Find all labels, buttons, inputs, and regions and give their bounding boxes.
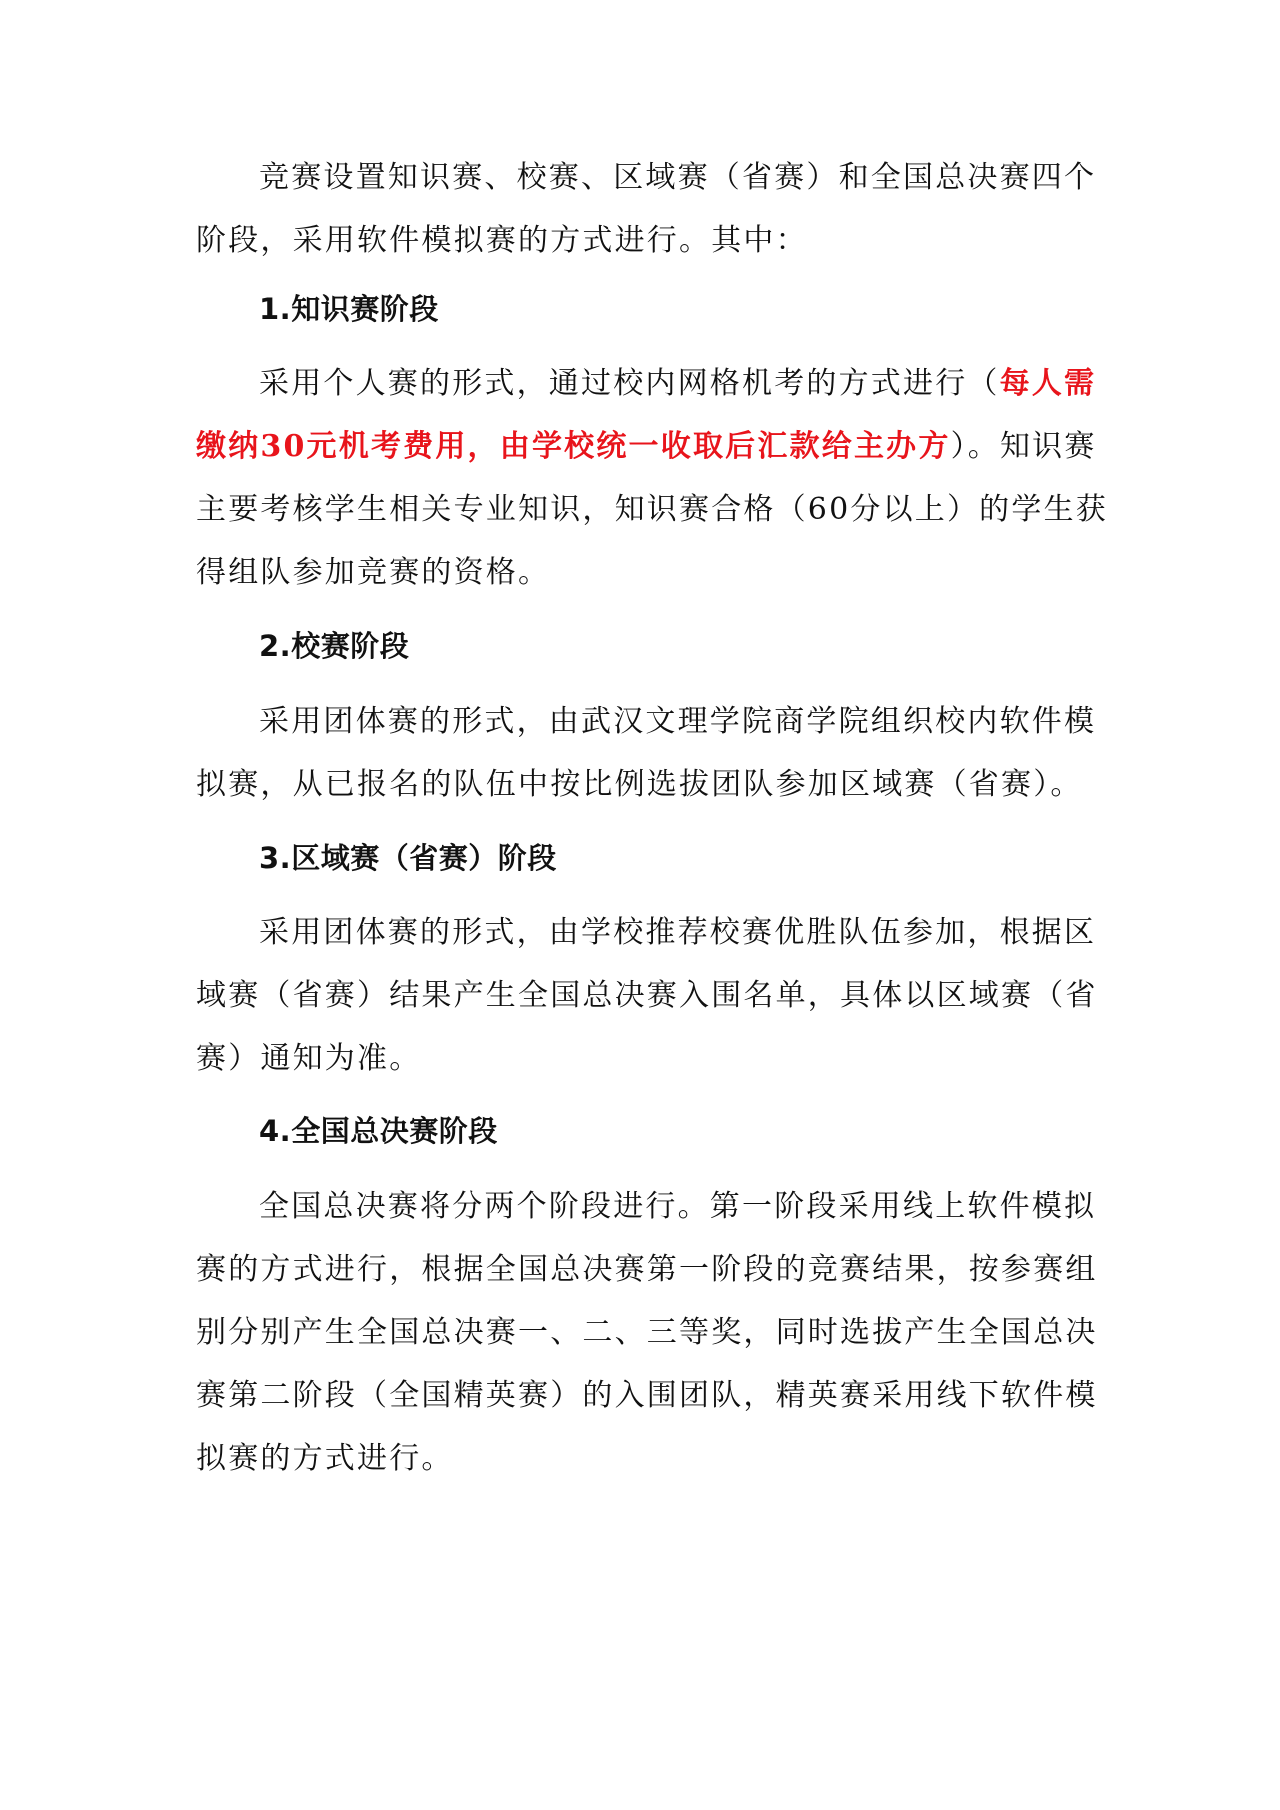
section-1-line-2-text: ）。知识赛 <box>951 429 1097 464</box>
fee-highlight: 缴纳30元机考费用，由学校统一收取后汇款给主办方 <box>196 429 951 464</box>
fee-highlight-start: 每人需 <box>1000 366 1097 401</box>
section-1-heading: 1.知识赛阶段 <box>259 289 1079 329</box>
section-3-line-2: 域赛（省赛）结果产生全国总决赛入围名单，具体以区域赛（省 <box>196 976 1076 1016</box>
section-4-heading: 4.全国总决赛阶段 <box>259 1111 1079 1151</box>
document-page: 竞赛设置知识赛、校赛、区域赛（省赛）和全国总决赛四个 阶段，采用软件模拟赛的方式… <box>0 0 1280 1810</box>
section-2-line-2: 拟赛，从已报名的队伍中按比例选拔团队参加区域赛（省赛）。 <box>196 765 1076 805</box>
section-4-line-5: 拟赛的方式进行。 <box>196 1439 1076 1479</box>
section-4-line-3: 别分别产生全国总决赛一、二、三等奖，同时选拔产生全国总决 <box>196 1313 1076 1353</box>
section-3-line-1: 采用团体赛的形式，由学校推荐校赛优胜队伍参加，根据区 <box>259 913 1079 953</box>
section-2-line-1: 采用团体赛的形式，由武汉文理学院商学院组织校内软件模 <box>259 702 1079 742</box>
section-2-heading: 2.校赛阶段 <box>259 626 1079 666</box>
section-3-heading: 3.区域赛（省赛）阶段 <box>259 838 1079 878</box>
section-1-line-4: 得组队参加竞赛的资格。 <box>196 553 1076 593</box>
section-1-line-3: 主要考核学生相关专业知识，知识赛合格（60分以上）的学生获 <box>196 490 1076 530</box>
section-3-line-3: 赛）通知为准。 <box>196 1039 1076 1079</box>
section-1-line-1: 采用个人赛的形式，通过校内网格机考的方式进行（每人需 <box>259 364 1079 404</box>
section-4-line-4: 赛第二阶段（全国精英赛）的入围团队，精英赛采用线下软件模 <box>196 1376 1076 1416</box>
section-4-line-1: 全国总决赛将分两个阶段进行。第一阶段采用线上软件模拟 <box>259 1187 1079 1227</box>
section-1-line-1-text: 采用个人赛的形式，通过校内网格机考的方式进行（ <box>259 366 1000 401</box>
intro-line-1: 竞赛设置知识赛、校赛、区域赛（省赛）和全国总决赛四个 <box>259 158 1079 198</box>
section-4-line-2: 赛的方式进行，根据全国总决赛第一阶段的竞赛结果，按参赛组 <box>196 1250 1076 1290</box>
section-1-line-2: 缴纳30元机考费用，由学校统一收取后汇款给主办方）。知识赛 <box>196 427 1076 467</box>
intro-line-2: 阶段，采用软件模拟赛的方式进行。其中： <box>196 221 1076 261</box>
